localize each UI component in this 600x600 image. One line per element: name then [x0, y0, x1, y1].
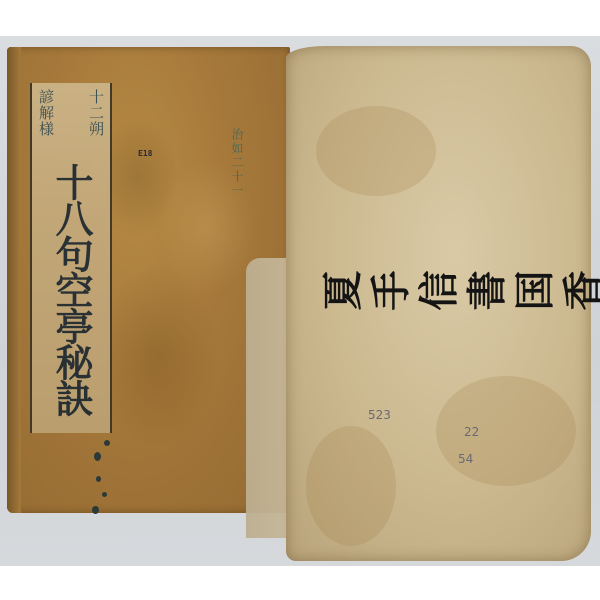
subtitle-right: 十二朔	[88, 89, 104, 137]
ink-spots	[90, 440, 120, 520]
subtitle: 諺解様 十二朔	[38, 89, 104, 137]
pencil-note: 523	[368, 408, 391, 422]
inscription-char: 夏	[312, 270, 369, 310]
cover-edge	[7, 47, 21, 513]
title-slip: 諺解様 十二朔 十八句空亭秘訣	[30, 83, 112, 433]
calligraphy-inscription: 香 国 書 信 手 夏	[310, 255, 600, 325]
book-title: 十八句空亭秘訣	[32, 163, 110, 415]
pencil-note: 54	[458, 452, 473, 466]
subtitle-left: 諺解様	[38, 89, 54, 137]
catalog-mark: E18	[138, 149, 152, 158]
spine-note: 治如二十一	[229, 128, 246, 198]
pencil-note: 22	[464, 425, 479, 439]
